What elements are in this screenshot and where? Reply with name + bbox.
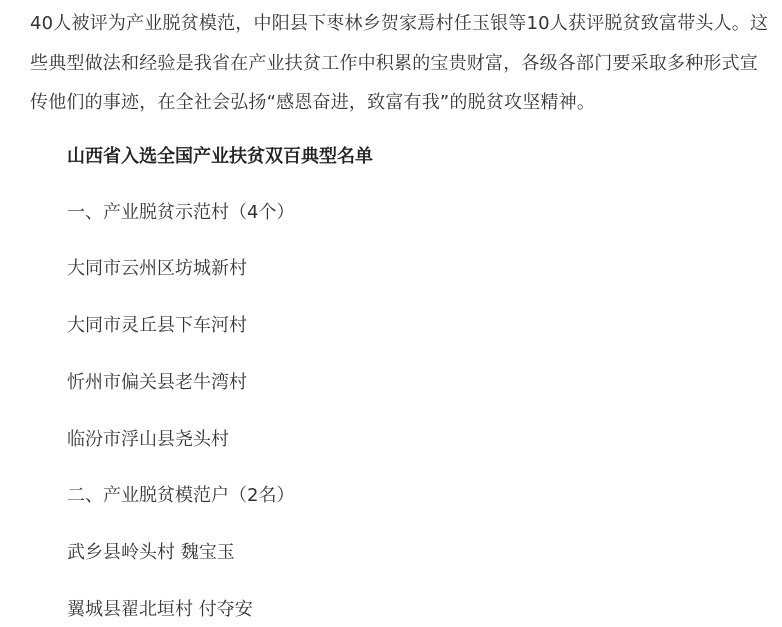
section-heading: 二、产业脱贫模范户（2名） <box>67 484 294 508</box>
intro-line: 传他们的事迹，在全社会弘扬“感恩奋进，致富有我”的脱贫攻坚精神。 <box>30 83 595 122</box>
list-item: 武乡县岭头村 魏宝玉 <box>67 541 235 565</box>
list-item: 临汾市浮山县尧头村 <box>67 428 229 452</box>
list-title: 山西省入选全国产业扶贫双百典型名单 <box>67 145 373 169</box>
list-item: 大同市云州区坊城新村 <box>67 257 247 281</box>
list-item: 大同市灵丘县下车河村 <box>67 314 247 338</box>
list-item: 忻州市偏关县老牛湾村 <box>67 371 247 395</box>
intro-line: 40人被评为产业脱贫模范，中阳县下枣林乡贺家焉村任玉银等10人获评脱贫致富带头人… <box>30 4 768 43</box>
section-heading: 一、产业脱贫示范村（4个） <box>67 201 294 225</box>
list-item: 翼城县翟北垣村 付夺安 <box>67 598 253 622</box>
intro-line: 些典型做法和经验是我省在产业扶贫工作中积累的宝贵财富，各级各部门要采取多种形式宣 <box>30 44 758 83</box>
